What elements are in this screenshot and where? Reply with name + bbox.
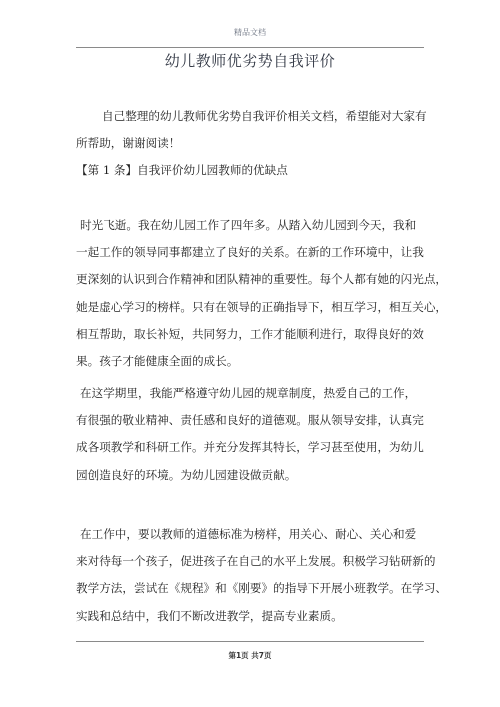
paragraph-line: 在工作中，要以教师的道德标准为榜样，用关心、耐心、关心和爱 <box>76 521 428 548</box>
header-label: 精品文档 <box>0 27 500 38</box>
document-title: 幼儿教师优劣势自我评价 <box>0 50 500 71</box>
header-divider <box>76 47 424 48</box>
footer-divider <box>76 641 424 642</box>
paragraph-line: 一起工作的领导同事都建立了良好的关系。在新的工作环境中，让我 <box>76 239 428 266</box>
section-heading: 【第 1 条】自我评价幼儿园教师的优缺点 <box>76 157 428 184</box>
intro-paragraph: 自己整理的幼儿教师优劣势自我评价相关文档，希望能对大家有 所帮助，谢谢阅读！ 【… <box>76 103 428 185</box>
body-paragraph-2: 在这学期里，我能严格遵守幼儿园的规章制度，热爱自己的工作， 有很强的敬业精神、责… <box>76 380 428 489</box>
paragraph-line: 成各项教学和科研工作。并充分发挥其特长，学习甚至使用，为幼儿 <box>76 434 428 461</box>
paragraph-line: 她是虚心学习的榜样。只有在领导的正确指导下，相互学习，相互关心， <box>76 294 428 321</box>
paragraph-line: 更深刻的认识到合作精神和团队精神的重要性。每个人都有她的闪光点， <box>76 266 428 293</box>
paragraph-line: 相互帮助，取长补短，共同努力，工作才能顺利进行，取得良好的效 <box>76 321 428 348</box>
intro-line: 所帮助，谢谢阅读！ <box>76 130 428 157</box>
paragraph-line: 果。孩子才能健康全面的成长。 <box>76 348 428 375</box>
page-indicator: 第1页 共7页 <box>0 650 500 661</box>
paragraph-line: 有很强的敬业精神、责任感和良好的道德观。服从领导安排，认真完 <box>76 407 428 434</box>
body-paragraph-1: 时光飞逝。我在幼儿园工作了四年多。从踏入幼儿园到今天，我和 一起工作的领导同事都… <box>76 212 428 375</box>
paragraph-line: 来对待每一个孩子，促进孩子在自己的水平上发展。积极学习钻研新的 <box>76 548 428 575</box>
paragraph-line: 教学方法，尝试在《规程》和《刚要》的指导下开展小班教学。在学习、 <box>76 575 428 602</box>
paragraph-line: 时光飞逝。我在幼儿园工作了四年多。从踏入幼儿园到今天，我和 <box>76 212 428 239</box>
paragraph-line: 实践和总结中，我们不断改进教学，提高专业素质。 <box>76 603 428 630</box>
paragraph-line: 在这学期里，我能严格遵守幼儿园的规章制度，热爱自己的工作， <box>76 380 428 407</box>
paragraph-line: 园创造良好的环境。为幼儿园建设做贡献。 <box>76 462 428 489</box>
body-paragraph-3: 在工作中，要以教师的道德标准为榜样，用关心、耐心、关心和爱 来对待每一个孩子，促… <box>76 521 428 630</box>
intro-line: 自己整理的幼儿教师优劣势自我评价相关文档，希望能对大家有 <box>76 103 428 130</box>
